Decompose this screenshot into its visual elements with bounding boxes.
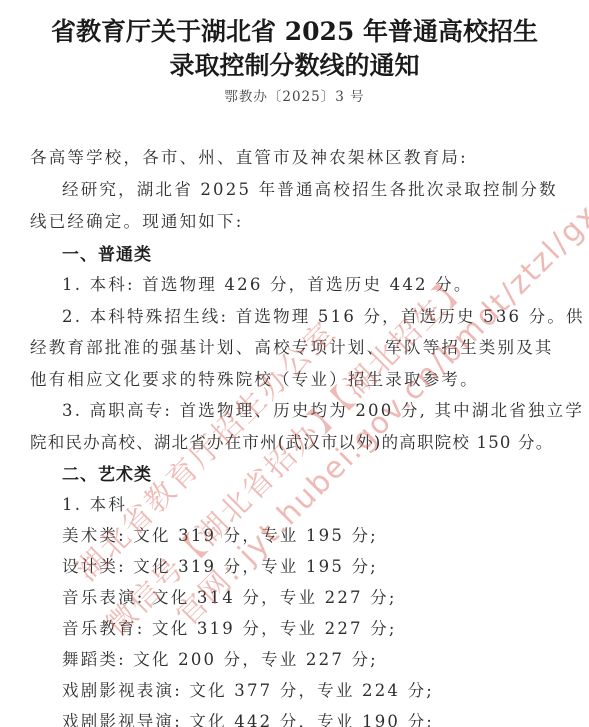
- document-title-line-2: 录取控制分数线的通知: [0, 46, 589, 82]
- general-item-special-line-3: 他有相应文化要求的特殊院校（专业）招生录取参考。: [30, 366, 479, 390]
- arts-row: 戏剧影视导演: 文化 442 分，专业 190 分;: [62, 708, 434, 727]
- general-item-undergraduate: 1. 本科: 首选物理 426 分，首选历史 442 分。: [62, 271, 473, 295]
- arts-row: 戏剧影视表演: 文化 377 分，专业 224 分;: [62, 677, 434, 701]
- intro-paragraph-line-1: 经研究，湖北省 2025 年普通高校招生各批次录取控制分数: [62, 176, 558, 200]
- salutation: 各高等学校，各市、州、直管市及神农架林区教育局:: [30, 144, 468, 168]
- document-number: 鄂教办〔2025〕3 号: [0, 85, 589, 105]
- arts-row: 美术类: 文化 319 分，专业 195 分;: [62, 522, 378, 546]
- arts-row: 音乐表演: 文化 314 分，专业 227 分;: [62, 584, 397, 608]
- arts-row: 舞蹈类: 文化 200 分，专业 227 分;: [62, 646, 378, 670]
- general-item-vocational-line-2: 院和民办高校、湖北省办在市州(武汉市以外)的高职院校 150 分。: [30, 429, 553, 453]
- general-item-special-line-1: 2. 本科特殊招生线: 首选物理 516 分，首选历史 536 分。供: [62, 303, 585, 327]
- notice-document: 省教育厅关于湖北省 2025 年普通高校招生 录取控制分数线的通知 鄂教办〔20…: [0, 0, 589, 727]
- section-heading-general: 一、普通类: [62, 240, 152, 265]
- arts-row: 设计类: 文化 319 分，专业 195 分;: [62, 553, 378, 577]
- intro-paragraph-line-2: 线已经确定。现通知如下:: [30, 208, 243, 232]
- document-title-line-1: 省教育厅关于湖北省 2025 年普通高校招生: [0, 12, 589, 48]
- general-item-vocational-line-1: 3. 高职高专: 首选物理、历史均为 200 分, 其中湖北省独立学: [62, 397, 584, 421]
- general-item-special-line-2: 经教育部批准的强基计划、高校专项计划、军队等招生类别及其: [30, 334, 554, 358]
- section-heading-arts: 二、艺术类: [62, 460, 152, 485]
- arts-subheading-undergraduate: 1. 本科: [62, 491, 127, 515]
- arts-row: 音乐教育: 文化 319 分，专业 227 分;: [62, 615, 397, 639]
